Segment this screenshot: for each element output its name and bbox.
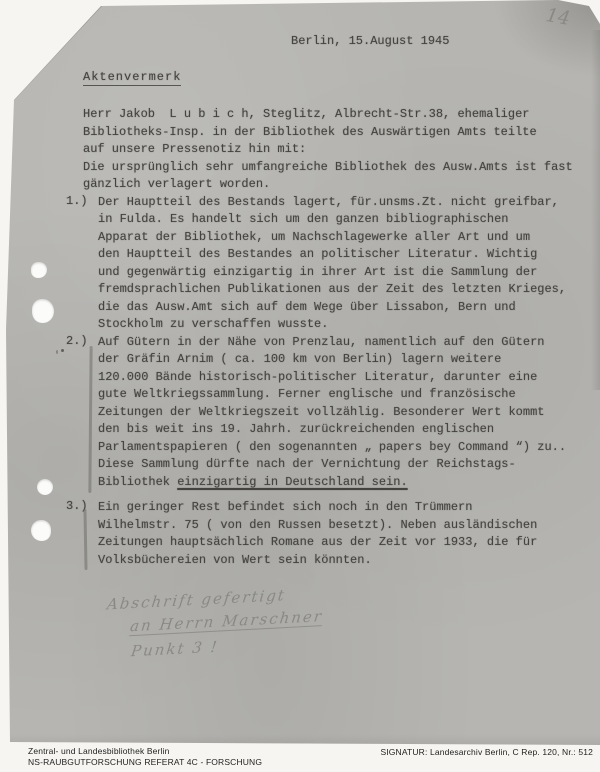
- typed-line: Die ursprünglich sehr umfangreiche Bibli…: [83, 159, 588, 177]
- underlined-text: einzigartig in Deutschland sein.: [177, 475, 407, 489]
- archive-credit-line-1: Zentral- und Landesbibliothek Berlin: [28, 746, 262, 757]
- numbered-item: 2.)Auf Gütern in der Nähe von Prenzlau, …: [98, 334, 588, 492]
- punch-hole: [37, 479, 53, 495]
- handwritten-page-number: 14: [544, 4, 572, 30]
- corner-shadow: [490, 0, 600, 80]
- typed-line: den bis weit ins 19. Jahrh. zurückreiche…: [98, 421, 588, 439]
- items-block: 1.)Der Hauptteil des Bestands lagert, fü…: [83, 194, 588, 570]
- typed-line: Herr Jakob L u b i c h, Steglitz, Albrec…: [83, 106, 588, 124]
- typed-line: Bibliotheks-Insp. in der Bibliothek des …: [83, 124, 588, 142]
- document-title: Aktenvermerk: [83, 70, 181, 86]
- typed-line: gute Weltkriegssammlung. Ferner englisch…: [98, 386, 588, 404]
- scanned-document-page: 14 Berlin, 15.August 1945 Aktenvermerk H…: [0, 0, 600, 772]
- typed-line: Diese Sammlung dürfte nach der Vernichtu…: [98, 456, 588, 474]
- typed-text: Bibliothek: [98, 475, 177, 489]
- typed-line: die das Ausw.Amt sich auf dem Wege über …: [98, 299, 588, 317]
- typed-line: Stockholm zu verschaffen wusste.: [98, 316, 588, 334]
- archive-credit: Zentral- und Landesbibliothek Berlin NS-…: [28, 746, 262, 767]
- ink-speck: [61, 349, 64, 352]
- typed-line: Bibliothek einzigartig in Deutschland se…: [98, 474, 588, 492]
- typed-line: fremdsprachlichen Publikationen aus der …: [98, 281, 588, 299]
- typed-line: Auf Gütern in der Nähe von Prenzlau, nam…: [98, 334, 588, 352]
- typed-line: Volksbüchereien von Wert sein könnten.: [98, 552, 588, 570]
- ink-speck: [56, 350, 58, 354]
- typed-line: und gegenwärtig einzigartig in ihrer Art…: [98, 264, 588, 282]
- typed-line: auf unsere Pressenotiz hin mit:: [83, 141, 588, 159]
- typed-line: Der Hauptteil des Bestands lagert, für.u…: [98, 194, 588, 212]
- document-body: Herr Jakob L u b i c h, Steglitz, Albrec…: [83, 106, 588, 569]
- typed-line: Zeitungen der Weltkriegszeit vollzählig.…: [98, 404, 588, 422]
- typed-line: in Fulda. Es handelt sich um den ganzen …: [98, 211, 588, 229]
- item-number: 1.): [66, 194, 88, 208]
- punch-hole: [32, 299, 54, 323]
- typed-line: Parlamentspapieren ( den sogenannten „ p…: [98, 439, 588, 457]
- archive-credit-line-2: NS-RAUBGUTFORSCHUNG REFERAT 4C - FORSCHU…: [28, 757, 262, 768]
- punch-hole: [31, 520, 51, 541]
- intro-block: Herr Jakob L u b i c h, Steglitz, Albrec…: [83, 106, 588, 194]
- typed-line: gänzlich verlagert worden.: [83, 176, 588, 194]
- right-edge-shadow: [591, 30, 600, 390]
- archive-signature: SIGNATUR: Landesarchiv Berlin, C Rep. 12…: [380, 747, 593, 757]
- date-line: Berlin, 15.August 1945: [291, 34, 449, 48]
- typed-line: 120.000 Bände historisch-politischer Lit…: [98, 369, 588, 387]
- typed-line: Ein geringer Rest befindet sich noch in …: [98, 499, 588, 517]
- typed-line: den Hauptteil des Bestandes an politisch…: [98, 246, 588, 264]
- typed-line: Wilhelmstr. 75 ( von den Russen besetzt)…: [98, 517, 588, 535]
- numbered-item: 3.)Ein geringer Rest befindet sich noch …: [98, 499, 588, 569]
- handwriting-line: an Herrn Marschner: [129, 607, 324, 636]
- item-number: 2.): [66, 334, 88, 348]
- typed-line: Zeitungen hauptsächlich Romane aus der Z…: [98, 534, 588, 552]
- typed-line: der Gräfin Arnim ( ca. 100 km von Berlin…: [98, 351, 588, 369]
- numbered-item: 1.)Der Hauptteil des Bestands lagert, fü…: [98, 194, 588, 334]
- typed-line: Apparat der Bibliothek, um Nachschlagewe…: [98, 229, 588, 247]
- handwritten-pencil-note: Abschrift gefertigt an Herrn Marschner P…: [94, 584, 327, 662]
